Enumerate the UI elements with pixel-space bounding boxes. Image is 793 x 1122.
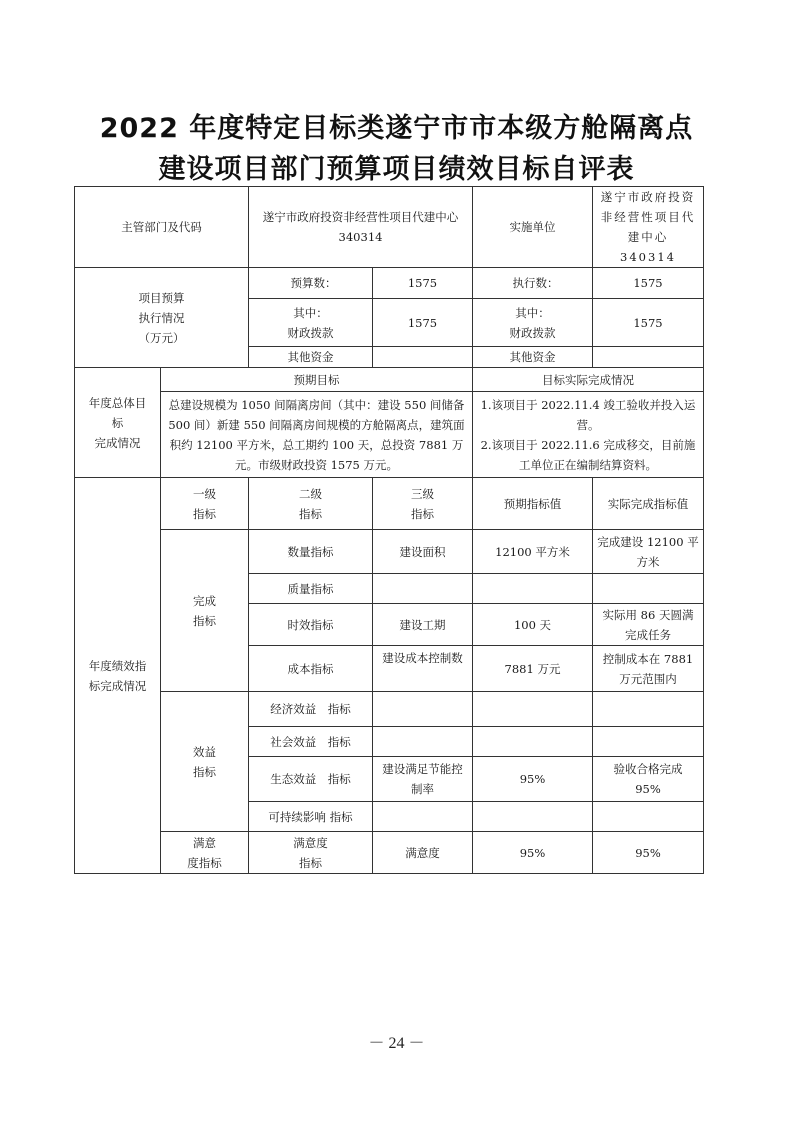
expected-cell (473, 727, 593, 757)
level2-cell: 满意度 指标 (249, 832, 373, 874)
exec-amount-value: 1575 (593, 268, 704, 299)
header-level2: 二级 指标 (249, 478, 373, 530)
level3-cell (373, 692, 473, 727)
level3-cell: 建设成本控制数 (373, 646, 473, 692)
fiscal-value-left: 1575 (373, 299, 473, 347)
exec-amount-label: 执行数： (473, 268, 593, 299)
actual-cell: 控制成本在 7881 万元范围内 (593, 646, 704, 692)
level3-cell: 建设面积 (373, 530, 473, 574)
header-level3: 三级 指标 (373, 478, 473, 530)
expected-goal-text: 总建设规模为 1050 间隔离房间（其中：建设 550 间储备 500 间）新建… (161, 392, 473, 478)
actual-cell (593, 802, 704, 832)
budget-amount-label: 预算数： (249, 268, 373, 299)
actual-goal-header: 目标实际完成情况 (473, 368, 704, 392)
performance-evaluation-table: 主管部门及代码 遂宁市政府投资非经营性项目代建中心 340314 实施单位 遂宁… (74, 186, 704, 874)
actual-cell: 完成建设 12100 平方米 (593, 530, 704, 574)
table-row: 完成 指标 数量指标 建设面积 12100 平方米 完成建设 12100 平方米 (75, 530, 704, 574)
level2-cell: 可持续影响 指标 (249, 802, 373, 832)
fiscal-label-right: 其中： 财政拨款 (473, 299, 593, 347)
expected-goal-header: 预期目标 (161, 368, 473, 392)
actual-cell: 实际用 86 天圆满完成任务 (593, 604, 704, 646)
fiscal-value-right: 1575 (593, 299, 704, 347)
annual-goal-label: 年度总体目 标 完成情况 (75, 368, 161, 478)
header-expected: 预期指标值 (473, 478, 593, 530)
dept-value: 遂宁市政府投资非经营性项目代建中心 340314 (249, 187, 473, 268)
level3-cell (373, 574, 473, 604)
budget-label: 项目预算 执行情况 （万元） (75, 268, 249, 368)
header-level1: 一级 指标 (161, 478, 249, 530)
level2-cell: 成本指标 (249, 646, 373, 692)
actual-goal-text: 1.该项目于 2022.11.4 竣工验收并投入运营。 2.该项目于 2022.… (473, 392, 704, 478)
expected-cell (473, 574, 593, 604)
actual-cell (593, 727, 704, 757)
level2-cell: 经济效益 指标 (249, 692, 373, 727)
level1-completion: 完成 指标 (161, 530, 249, 692)
expected-cell: 100 天 (473, 604, 593, 646)
level2-cell: 社会效益 指标 (249, 727, 373, 757)
page-number: － 24 － (0, 1030, 793, 1053)
performance-label: 年度绩效指 标完成情况 (75, 478, 161, 874)
fiscal-label-left: 其中： 财政拨款 (249, 299, 373, 347)
level3-cell: 建设工期 (373, 604, 473, 646)
expected-cell: 95% (473, 757, 593, 802)
level2-cell: 时效指标 (249, 604, 373, 646)
level2-cell: 数量指标 (249, 530, 373, 574)
level3-cell: 建设满足节能控制率 (373, 757, 473, 802)
expected-cell: 95% (473, 832, 593, 874)
expected-cell: 12100 平方米 (473, 530, 593, 574)
other-funds-label-right: 其他资金 (473, 347, 593, 368)
other-funds-value-left (373, 347, 473, 368)
actual-cell: 验收合格完成 95% (593, 757, 704, 802)
level2-cell: 生态效益 指标 (249, 757, 373, 802)
expected-cell (473, 692, 593, 727)
level2-cell: 质量指标 (249, 574, 373, 604)
level3-cell (373, 727, 473, 757)
header-actual: 实际完成指标值 (593, 478, 704, 530)
budget-amount-value: 1575 (373, 268, 473, 299)
impl-unit-label: 实施单位 (473, 187, 593, 268)
level1-benefit: 效益 指标 (161, 692, 249, 832)
dept-label: 主管部门及代码 (75, 187, 249, 268)
level1-satisfaction: 满意 度指标 (161, 832, 249, 874)
other-funds-value-right (593, 347, 704, 368)
actual-cell (593, 692, 704, 727)
level3-cell (373, 802, 473, 832)
actual-cell: 95% (593, 832, 704, 874)
page-title-line2: 建设项目部门预算项目绩效目标自评表 (0, 147, 793, 186)
level3-cell: 满意度 (373, 832, 473, 874)
expected-cell: 7881 万元 (473, 646, 593, 692)
expected-cell (473, 802, 593, 832)
page-title-line1: 2022 年度特定目标类遂宁市市本级方舱隔离点 (0, 106, 793, 145)
table-row: 效益 指标 经济效益 指标 (75, 692, 704, 727)
actual-cell (593, 574, 704, 604)
other-funds-label-left: 其他资金 (249, 347, 373, 368)
table-row: 满意 度指标 满意度 指标 满意度 95% 95% (75, 832, 704, 874)
impl-unit-value: 遂宁市政府投资非经营性项目代建中心 340314 (593, 187, 704, 268)
